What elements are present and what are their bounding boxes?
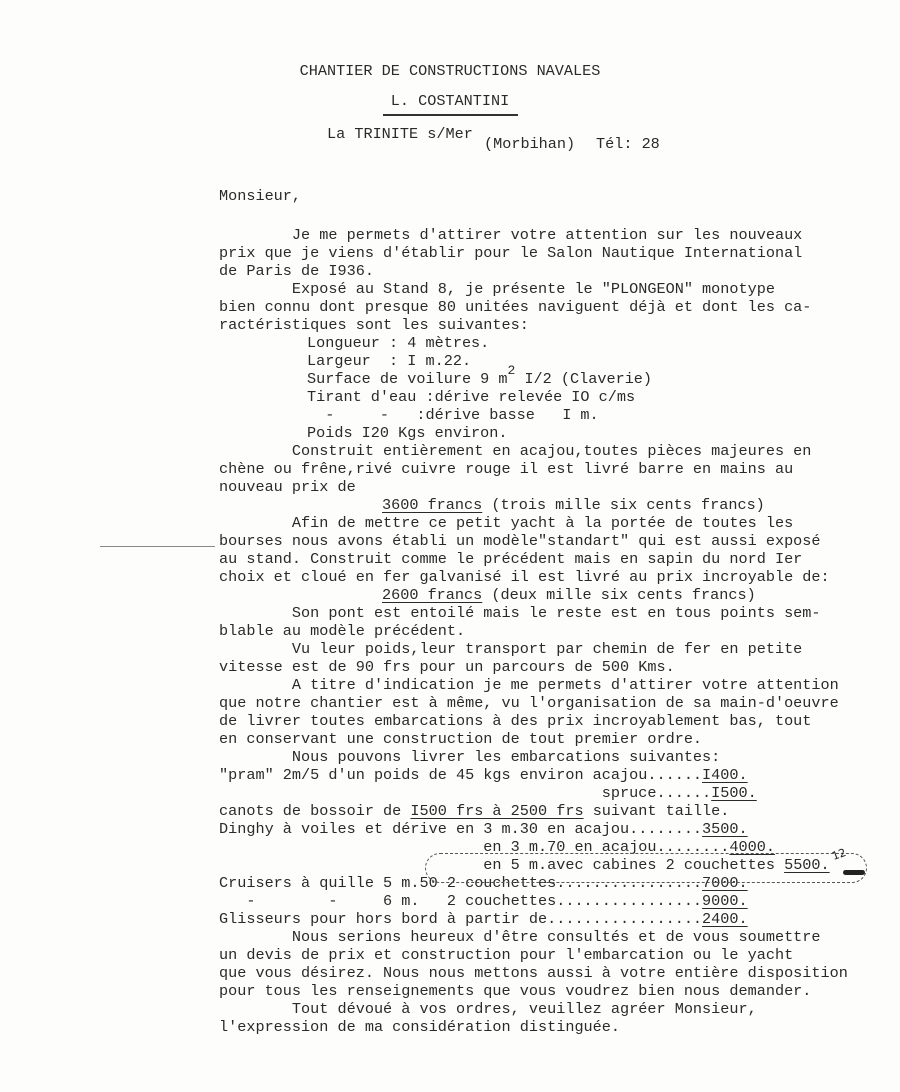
spec-draft-raised: Tirant d'eau :dérive relevée IO c/ms	[307, 388, 635, 406]
body-line: blable au modèle précédent.	[219, 622, 465, 640]
spec-length: Longueur : 4 mètres.	[307, 334, 489, 352]
body-line: Construit entièrement en acajou,toutes p…	[219, 442, 811, 460]
owner-name: L. COSTANTINI	[0, 92, 900, 110]
body-line: Vu leur poids,leur transport par chemin …	[219, 640, 802, 658]
body-line: pour tous les renseignements que vous vo…	[219, 982, 811, 1000]
body-line: bourses nous avons établi un modèle"stan…	[219, 532, 821, 550]
body-line: Nous pouvons livrer les embarcations sui…	[219, 748, 720, 766]
price-list-item: "pram" 2m/5 d'un poids de 45 kgs environ…	[219, 766, 748, 784]
price-standard: 2600 francs (deux mille six cents francs…	[382, 586, 756, 604]
body-line: Son pont est entoilé mais le reste est e…	[219, 604, 821, 622]
body-line: de Paris de I936.	[219, 262, 374, 280]
body-line: Nous serions heureux d'être consultés et…	[219, 928, 821, 946]
company-name: CHANTIER DE CONSTRUCTIONS NAVALES	[0, 62, 900, 80]
body-line: prix que je viens d'établir pour le Salo…	[219, 244, 802, 262]
body-line: chène ou frêne,rivé cuivre rouge il est …	[219, 460, 793, 478]
body-line: l'expression de ma considération disting…	[219, 1018, 620, 1036]
spec-draft-lowered: - - :dérive basse I m.	[307, 406, 599, 424]
location: La TRINITE s/Mer	[327, 125, 473, 143]
body-line: ractéristiques sont les suivantes:	[219, 316, 529, 334]
body-line: A titre d'indication je me permets d'att…	[219, 676, 839, 694]
body-line: Afin de mettre ce petit yacht à la porté…	[219, 514, 793, 532]
region: (Morbihan)	[484, 135, 575, 153]
handwritten-circle	[425, 853, 867, 883]
price-list-item: Dinghy à voiles et dérive en 3 m.30 en a…	[219, 820, 748, 838]
body-line: que notre chantier est à même, vu l'orga…	[219, 694, 839, 712]
body-line: nouveau prix de	[219, 478, 356, 496]
handwritten-stroke	[843, 870, 865, 875]
body-line: choix et cloué en fer galvanisé il est l…	[219, 568, 830, 586]
price-list-item: Glisseurs pour hors bord à partir de....…	[219, 910, 748, 928]
body-line: en conservant une construction de tout p…	[219, 730, 702, 748]
body-line: vitesse est de 90 frs pour un parcours d…	[219, 658, 675, 676]
body-line: que vous désirez. Nous nous mettons auss…	[219, 964, 848, 982]
price-plongeon: 3600 francs (trois mille six cents franc…	[382, 496, 765, 514]
spec-width: Largeur : I m.22.	[307, 352, 471, 370]
body-line: Je me permets d'attirer votre attention …	[219, 226, 802, 244]
body-line: Tout dévoué à vos ordres, veuillez agrée…	[219, 1000, 757, 1018]
price-list-item: - - 6 m. 2 couchettes................900…	[219, 892, 748, 910]
body-line: de livrer toutes embarcations à des prix…	[219, 712, 811, 730]
body-line: Exposé au Stand 8, je présente le "PLONG…	[219, 280, 775, 298]
price-list-item: canots de bossoir de I500 frs à 2500 frs…	[219, 802, 729, 820]
body-line: un devis de prix et construction pour l'…	[219, 946, 793, 964]
stray-mark	[100, 546, 215, 547]
price-list-item: spruce......I500.	[219, 784, 757, 802]
header-rule	[383, 114, 518, 116]
salutation: Monsieur,	[219, 187, 301, 205]
spec-weight: Poids I20 Kgs environ.	[307, 424, 508, 442]
body-line: bien connu dont presque 80 unitées navig…	[219, 298, 811, 316]
phone: Tél: 28	[596, 135, 660, 153]
spec-sail-area: Surface de voilure 9 m2 I/2 (Claverie)	[307, 370, 652, 389]
body-line: au stand. Construit comme le précédent m…	[219, 550, 802, 568]
